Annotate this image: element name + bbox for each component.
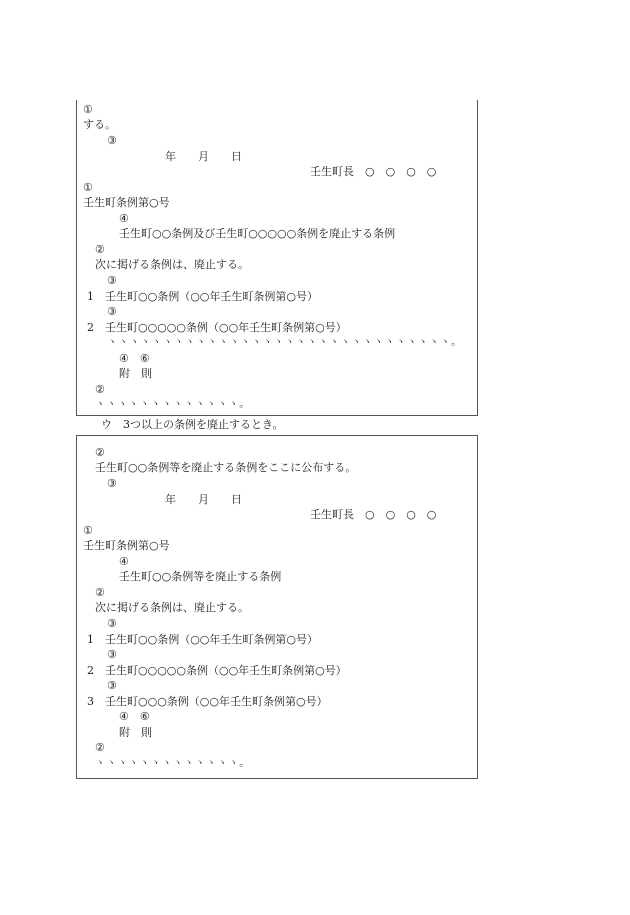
document-line: ③: [107, 648, 117, 662]
document-line: 壬生町条例第○号: [83, 196, 170, 210]
document-line: 次に掲げる条例は、廃止する。: [95, 258, 249, 272]
section-caption-three-or-more: ウ 3つ以上の条例を廃止するとき。: [101, 418, 284, 432]
ordinance-template-box-two-ordinances: ①する。③年 月 日壬生町長 ○ ○ ○ ○①壬生町条例第○号④壬生町○○条例及…: [76, 100, 478, 416]
ordinance-template-box-three-or-more: ②壬生町○○条例等を廃止する条例をここに公布する。③年 月 日壬生町長 ○ ○ …: [76, 435, 478, 779]
document-line: 3 壬生町○○○条例（○○年壬生町条例第○号）: [87, 695, 328, 709]
document-line: 年 月 日: [165, 493, 242, 507]
document-line: 年 月 日: [165, 150, 242, 164]
omission-marks-line: ヽヽヽヽヽヽヽヽヽヽヽヽヽ。: [95, 398, 250, 412]
document-line: ①: [83, 103, 93, 117]
document-line: 壬生町条例第○号: [83, 539, 170, 553]
document-line: ②: [95, 586, 105, 600]
document-line: ②: [95, 243, 105, 257]
document-line: ④ ⑥: [119, 710, 150, 724]
document-line: 2 壬生町○○○○○条例（○○年壬生町条例第○号）: [87, 664, 347, 678]
document-line: ①: [83, 524, 93, 538]
document-line: 1 壬生町○○条例（○○年壬生町条例第○号）: [87, 633, 318, 647]
document-line: ③: [107, 305, 117, 319]
document-line: 附 則: [119, 367, 152, 381]
omission-marks-line: ヽヽヽヽヽヽヽヽヽヽヽヽヽ。: [95, 757, 250, 771]
document-line: 2 壬生町○○○○○条例（○○年壬生町条例第○号）: [87, 321, 347, 335]
document-line: 1 壬生町○○条例（○○年壬生町条例第○号）: [87, 290, 318, 304]
omission-marks-line: ヽヽヽヽヽヽヽヽヽヽヽヽヽヽヽヽヽヽヽヽヽヽヽヽヽヽヽヽヽヽヽ。: [107, 336, 462, 350]
document-line: ④: [119, 555, 129, 569]
document-line: する。: [83, 118, 116, 132]
document-line: ④ ⑥: [119, 352, 150, 366]
document-line: ③: [107, 477, 117, 491]
document-line: ④: [119, 212, 129, 226]
document-line: ③: [107, 134, 117, 148]
document-line: ③: [107, 679, 117, 693]
document-line: ②: [95, 446, 105, 460]
document-line: 壬生町○○条例及び壬生町○○○○○条例を廃止する条例: [119, 227, 395, 241]
document-line: ①: [83, 181, 93, 195]
document-line: 壬生町○○条例等を廃止する条例をここに公布する。: [95, 461, 356, 475]
document-line: 次に掲げる条例は、廃止する。: [95, 601, 249, 615]
document-line: 壬生町○○条例等を廃止する条例: [119, 570, 281, 584]
document-line: 壬生町長 ○ ○ ○ ○: [310, 508, 436, 522]
document-line: 壬生町長 ○ ○ ○ ○: [310, 165, 436, 179]
document-line: ②: [95, 383, 105, 397]
document-line: 附 則: [119, 726, 152, 740]
document-line: ③: [107, 617, 117, 631]
document-line: ②: [95, 741, 105, 755]
document-line: ③: [107, 274, 117, 288]
